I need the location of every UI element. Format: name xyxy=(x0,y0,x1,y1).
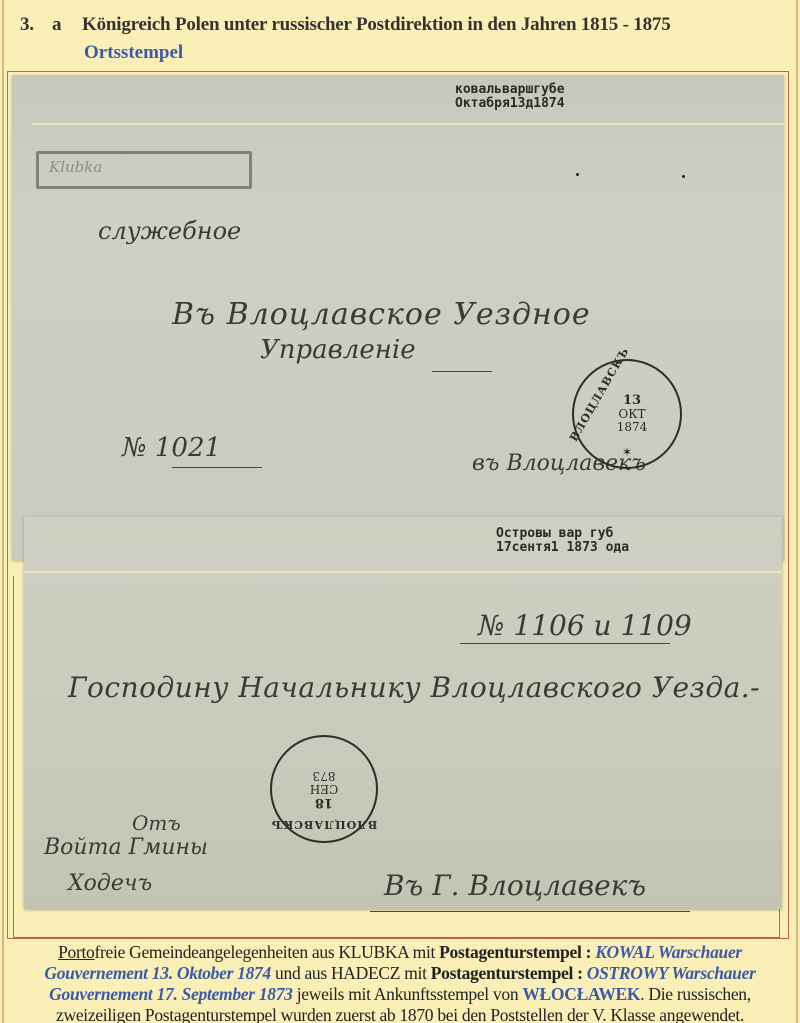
address-flourish xyxy=(432,371,492,372)
postmark-line-1: ковальваршгубе xyxy=(455,83,565,97)
caption-text: jeweils mit Ankunftsstempel von xyxy=(293,984,523,1004)
destination-underline xyxy=(370,911,690,912)
header-title-line: 3. a Königreich Polen unter russischer P… xyxy=(20,14,790,36)
caption-blue: Gouvernement 17. September 1873 xyxy=(49,984,292,1004)
page-title: Königreich Polen unter russischer Postdi… xyxy=(82,14,671,36)
box-handstamp: Klubka xyxy=(36,151,252,189)
postmark-line-2: Октабря13д1874 xyxy=(455,97,565,111)
number-underline xyxy=(460,643,670,644)
caption-blue: Gouvernement 13. Oktober 1874 xyxy=(44,963,271,983)
address-line-1: Господину Начальнику Влоцлавского Уезда.… xyxy=(68,671,760,704)
caption-bold: Postagenturstempel : xyxy=(439,942,595,962)
postmark-kowal: ковальваршгубе Октабря13д1874 xyxy=(455,83,565,112)
sender-line-1: Отъ xyxy=(132,811,181,835)
postmark-ostrowy: Островы вар губ 17сентя1 1873 ода xyxy=(496,527,629,556)
address-line-1: Въ Влоцлавское Уездное xyxy=(172,297,591,332)
caption-bold: Postagenturstempel : xyxy=(431,963,587,983)
caption-line-2: Gouvernement 13. Oktober 1874 und aus HA… xyxy=(10,963,790,984)
caption-porto: Porto xyxy=(58,942,94,962)
postmark-line-2: 17сентя1 1873 ода xyxy=(496,541,629,555)
section-number: 3. xyxy=(20,14,52,36)
page-subtitle: Ortsstempel xyxy=(84,42,183,64)
box-handstamp-text: Klubka xyxy=(49,158,102,176)
document-number: № 1021 xyxy=(122,433,221,463)
caption-text: freie Gemeindeangelegenheiten aus KLUBKA… xyxy=(95,942,440,962)
arrival-postmark-wloclawek: ВЛОЦЛАВСКЪ 13 ОКТ 1874 ✶ xyxy=(572,359,682,469)
fold-line xyxy=(32,123,784,125)
subsection-letter: a xyxy=(52,14,82,36)
caption-line-3: Gouvernement 17. September 1873 jeweils … xyxy=(10,984,790,1005)
caption-blue: OSTROWY Warschauer xyxy=(587,963,756,983)
caption-text: und aus HADECZ mit xyxy=(271,963,431,983)
postmark-ring-text: ВЛОЦЛАВСКЪ xyxy=(271,818,378,831)
number-underline xyxy=(172,467,262,468)
page-header: 3. a Königreich Polen unter russischer P… xyxy=(20,14,790,36)
ink-dot xyxy=(682,175,685,178)
service-note: служебное xyxy=(98,217,241,245)
arrival-postmark-wloclawek: ВЛОЦЛАВСКЪ 18 СЕН 873 xyxy=(270,735,378,843)
postmark-year: 873 xyxy=(313,769,336,782)
page-edge-right xyxy=(796,0,798,1023)
sender-line-2: Войта Гмины xyxy=(44,835,208,860)
postmark-month: СЕН xyxy=(310,782,338,795)
eagle-ornament-icon: ✶ xyxy=(622,445,632,459)
caption-blue: KOWAL Warschauer xyxy=(595,942,742,962)
caption-line-4: zweizeiligen Postagenturstempel wurden z… xyxy=(10,1005,790,1023)
caption-line-1: Portofreie Gemeindeangelegenheiten aus K… xyxy=(10,942,790,963)
cover-2-envelope: Островы вар губ 17сентя1 1873 ода № 1106… xyxy=(24,517,782,909)
fold-line xyxy=(24,571,782,573)
caption-place: WŁOCŁAWEK xyxy=(522,984,640,1004)
cover-1-envelope: ковальваршгубе Октабря13д1874 Klubka слу… xyxy=(12,75,784,560)
ink-dot xyxy=(576,173,579,176)
postmark-day: 18 xyxy=(315,795,333,809)
address-line-2: Управленіе xyxy=(260,335,416,365)
postmark-line-1: Островы вар губ xyxy=(496,527,629,541)
postmark-day: 13 xyxy=(623,394,641,408)
description-caption: Portofreie Gemeindeangelegenheiten aus K… xyxy=(10,942,790,1023)
postmark-year: 1874 xyxy=(617,421,648,434)
document-number: № 1106 и 1109 xyxy=(478,609,692,642)
caption-text: . Die russischen, xyxy=(640,984,751,1004)
sender-line-3: Ходечъ xyxy=(68,871,152,896)
destination: Въ Г. Влоцлавекъ xyxy=(384,869,646,902)
page-edge-left xyxy=(2,0,4,1023)
